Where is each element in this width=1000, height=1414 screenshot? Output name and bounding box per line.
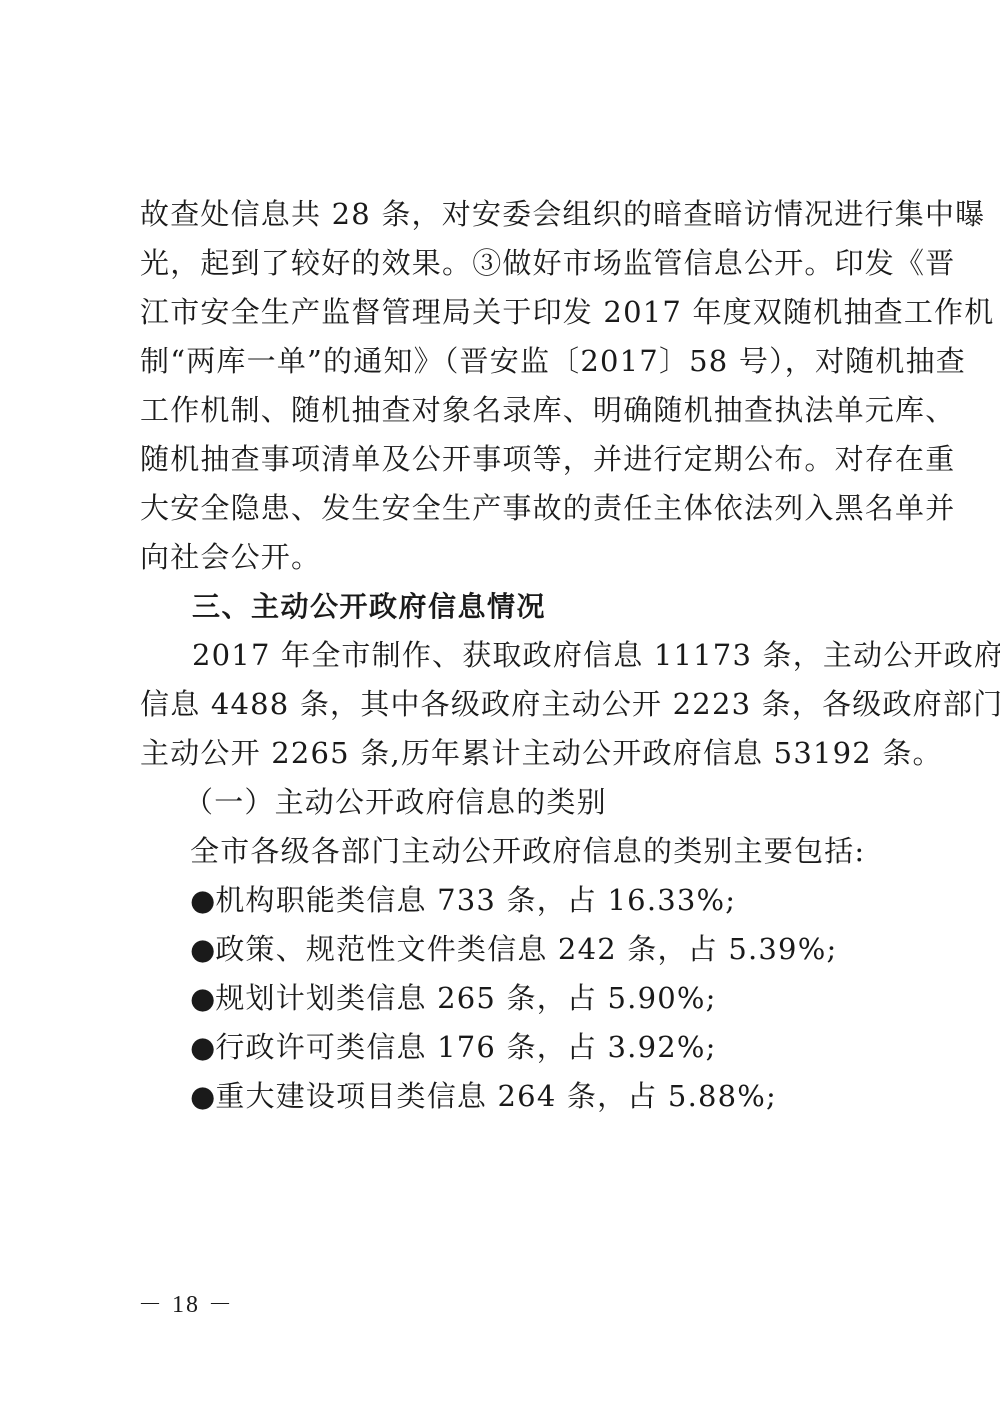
bullet-icon: ● [190,932,215,966]
paragraph-line: 随机抽查事项清单及公开事项等，并进行定期公布。对存在重 [140,435,880,484]
paragraph-line: 工作机制、随机抽查对象名录库、明确随机抽查执法单元库、 [140,386,880,435]
section-heading: 三、主动公开政府信息情况 [140,582,880,631]
list-item: ●机构职能类信息 733 条，占 16.33%; [140,876,880,925]
page-number: － 18 － [138,1284,234,1319]
paragraph-line: 向社会公开。 [140,533,880,582]
list-item: ●重大建设项目类信息 264 条，占 5.88%; [140,1072,880,1121]
list-item: ●规划计划类信息 265 条，占 5.90%; [140,974,880,1023]
bullet-icon: ● [190,1079,215,1113]
bullet-icon: ● [190,1030,215,1064]
paragraph-line: 制“两库一单”的通知》（晋安监〔2017〕58 号），对随机抽查 [140,337,880,386]
list-item-text: 政策、规范性文件类信息 242 条，占 5.39%; [215,932,837,966]
bullet-icon: ● [190,981,215,1015]
list-item-text: 机构职能类信息 733 条，占 16.33%; [215,883,736,917]
list-item-text: 行政许可类信息 176 条，占 3.92%; [215,1030,716,1064]
paragraph-line: 光，起到了较好的效果。③做好市场监管信息公开。印发《晋 [140,239,880,288]
paragraph-line: 故查处信息共 28 条，对安委会组织的暗查暗访情况进行集中曝 [140,190,880,239]
subsection-heading: （一）主动公开政府信息的类别 [140,778,880,827]
list-item-text: 规划计划类信息 265 条，占 5.90%; [215,981,716,1015]
continuation-paragraph: 故查处信息共 28 条，对安委会组织的暗查暗访情况进行集中曝 光，起到了较好的效… [140,190,880,582]
list-item: ●行政许可类信息 176 条，占 3.92%; [140,1023,880,1072]
paragraph-line: 主动公开 2265 条,历年累计主动公开政府信息 53192 条。 [140,729,880,778]
paragraph-line: 信息 4488 条，其中各级政府主动公开 2223 条，各级政府部门 [140,680,880,729]
document-page: 故查处信息共 28 条，对安委会组织的暗查暗访情况进行集中曝 光，起到了较好的效… [140,190,880,1121]
category-list: ●机构职能类信息 733 条，占 16.33%; ●政策、规范性文件类信息 24… [140,876,880,1121]
list-item: ●政策、规范性文件类信息 242 条，占 5.39%; [140,925,880,974]
paragraph-line: 大安全隐患、发生安全生产事故的责任主体依法列入黑名单并 [140,484,880,533]
categories-intro: 全市各级各部门主动公开政府信息的类别主要包括: [140,827,880,876]
paragraph-line: 2017 年全市制作、获取政府信息 11173 条，主动公开政府 [140,631,880,680]
bullet-icon: ● [190,883,215,917]
list-item-text: 重大建设项目类信息 264 条，占 5.88%; [215,1079,777,1113]
summary-paragraph: 2017 年全市制作、获取政府信息 11173 条，主动公开政府 信息 4488… [140,631,880,778]
paragraph-line: 江市安全生产监督管理局关于印发 2017 年度双随机抽查工作机 [140,288,880,337]
